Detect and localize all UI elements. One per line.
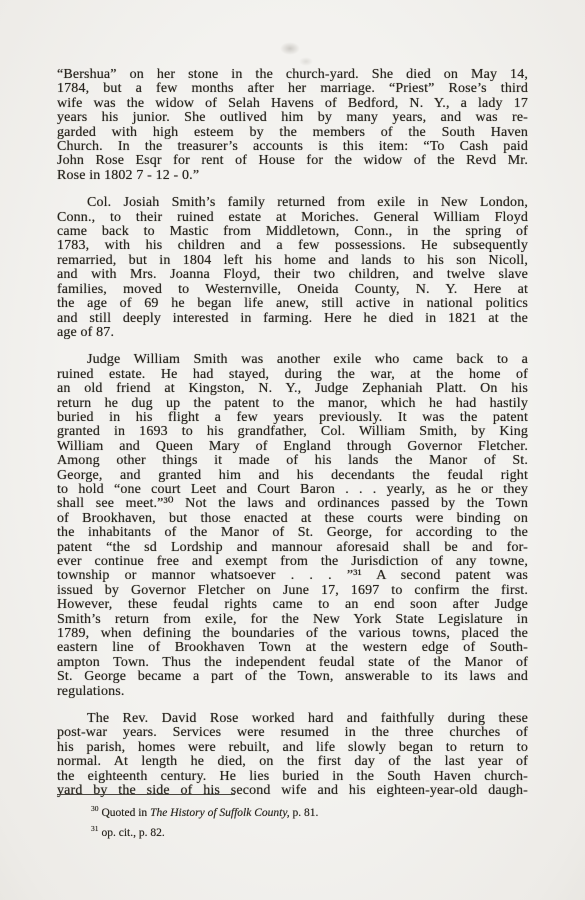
text-line: the eighteenth century. He lies buried i…: [57, 770, 528, 784]
text-line: shall see meet.”³⁰ Not the laws and ordi…: [57, 497, 528, 511]
text-line: St. George became a part of the Town, an…: [57, 670, 528, 684]
text-line: families, moved to Westernville, Oneida …: [57, 283, 528, 297]
paragraph: The Rev. David Rose worked hard and fait…: [57, 712, 528, 798]
text-line: 1784, but a few months after her marriag…: [57, 82, 528, 96]
text-line: the inhabitants of the Manor of St. Geor…: [57, 526, 528, 540]
text-line: wife was the widow of Selah Havens of Be…: [57, 97, 528, 111]
text-line: an old friend at Kingston, N. Y., Judge …: [57, 382, 528, 396]
footnote-separator-rule: [57, 794, 235, 795]
book-page: “Bershua” on her stone in the church-yar…: [0, 0, 585, 900]
text-line: Among other things it made of his lands …: [57, 454, 528, 468]
text-line: normal. At length he died, on the first …: [57, 755, 528, 769]
text-line: 1783, with his children and a few posses…: [57, 239, 528, 253]
page-text: “Bershua” on her stone in the church-yar…: [57, 68, 528, 799]
footnote-marker: 30: [91, 804, 99, 813]
text-line: ever continue free and exempt from the J…: [57, 555, 528, 569]
text-line: granted in 1693 to his grandfather, Col.…: [57, 425, 528, 439]
text-line: patent “the sd Lordship and mannour afor…: [57, 541, 528, 555]
scan-smudge: [299, 57, 313, 66]
text-line: Conn., to their ruined estate at Moriche…: [57, 211, 528, 225]
footnote-marker: 31: [91, 824, 99, 833]
text-line: William and Queen Mary of England throug…: [57, 440, 528, 454]
footnote-text: Quoted in: [102, 807, 151, 819]
text-line: remarried, but in 1804 left his home and…: [57, 254, 528, 268]
text-line: George, and granted him and his decendan…: [57, 469, 528, 483]
footnote-text: op. cit., p. 82.: [102, 827, 165, 839]
text-line: township or mannor whatsoever . . . ”³¹ …: [57, 569, 528, 583]
text-line: John Rose Esqr for rent of House for the…: [57, 154, 528, 168]
text-line: Judge William Smith was another exile wh…: [57, 353, 528, 367]
text-line: return he dug up the patent to the manor…: [57, 397, 528, 411]
text-line: However, these feudal rights came to an …: [57, 598, 528, 612]
text-line: eastern line of Brookhaven Town at the w…: [57, 641, 528, 655]
text-line: ruined estate. He had stayed, during the…: [57, 368, 528, 382]
footnote: 30Quoted in The History of Suffolk Count…: [57, 801, 528, 821]
footnote-italic-title: The History of Suffolk County,: [150, 807, 290, 819]
text-line: yard by the side of his second wife and …: [57, 784, 528, 798]
footnotes: 30Quoted in The History of Suffolk Count…: [57, 801, 528, 842]
text-line: garded with high esteem by the members o…: [57, 126, 528, 140]
paragraph: “Bershua” on her stone in the church-yar…: [57, 68, 528, 183]
text-line: years his junior. She outlived him by ma…: [57, 111, 528, 125]
paragraph: Col. Josiah Smith’s family returned from…: [57, 196, 528, 340]
text-line: age of 87.: [57, 326, 528, 340]
text-line: the age of 69 he began life anew, still …: [57, 297, 528, 311]
text-line: Smith’s return from exile, for the New Y…: [57, 613, 528, 627]
footnote-text: p. 81.: [290, 807, 319, 819]
text-line: post-war years. Services were resumed in…: [57, 726, 528, 740]
text-line: Col. Josiah Smith’s family returned from…: [57, 196, 528, 210]
text-line: Rose in 1802 7 - 12 - 0.”: [57, 169, 528, 183]
text-line: and with Mrs. Joanna Floyd, their two ch…: [57, 268, 528, 282]
scan-smudge: [280, 42, 300, 55]
footnote: 31op. cit., p. 82.: [57, 821, 528, 841]
text-line: regulations.: [57, 685, 528, 699]
paragraph: Judge William Smith was another exile wh…: [57, 353, 528, 699]
text-line: and still deeply interested in farming. …: [57, 312, 528, 326]
